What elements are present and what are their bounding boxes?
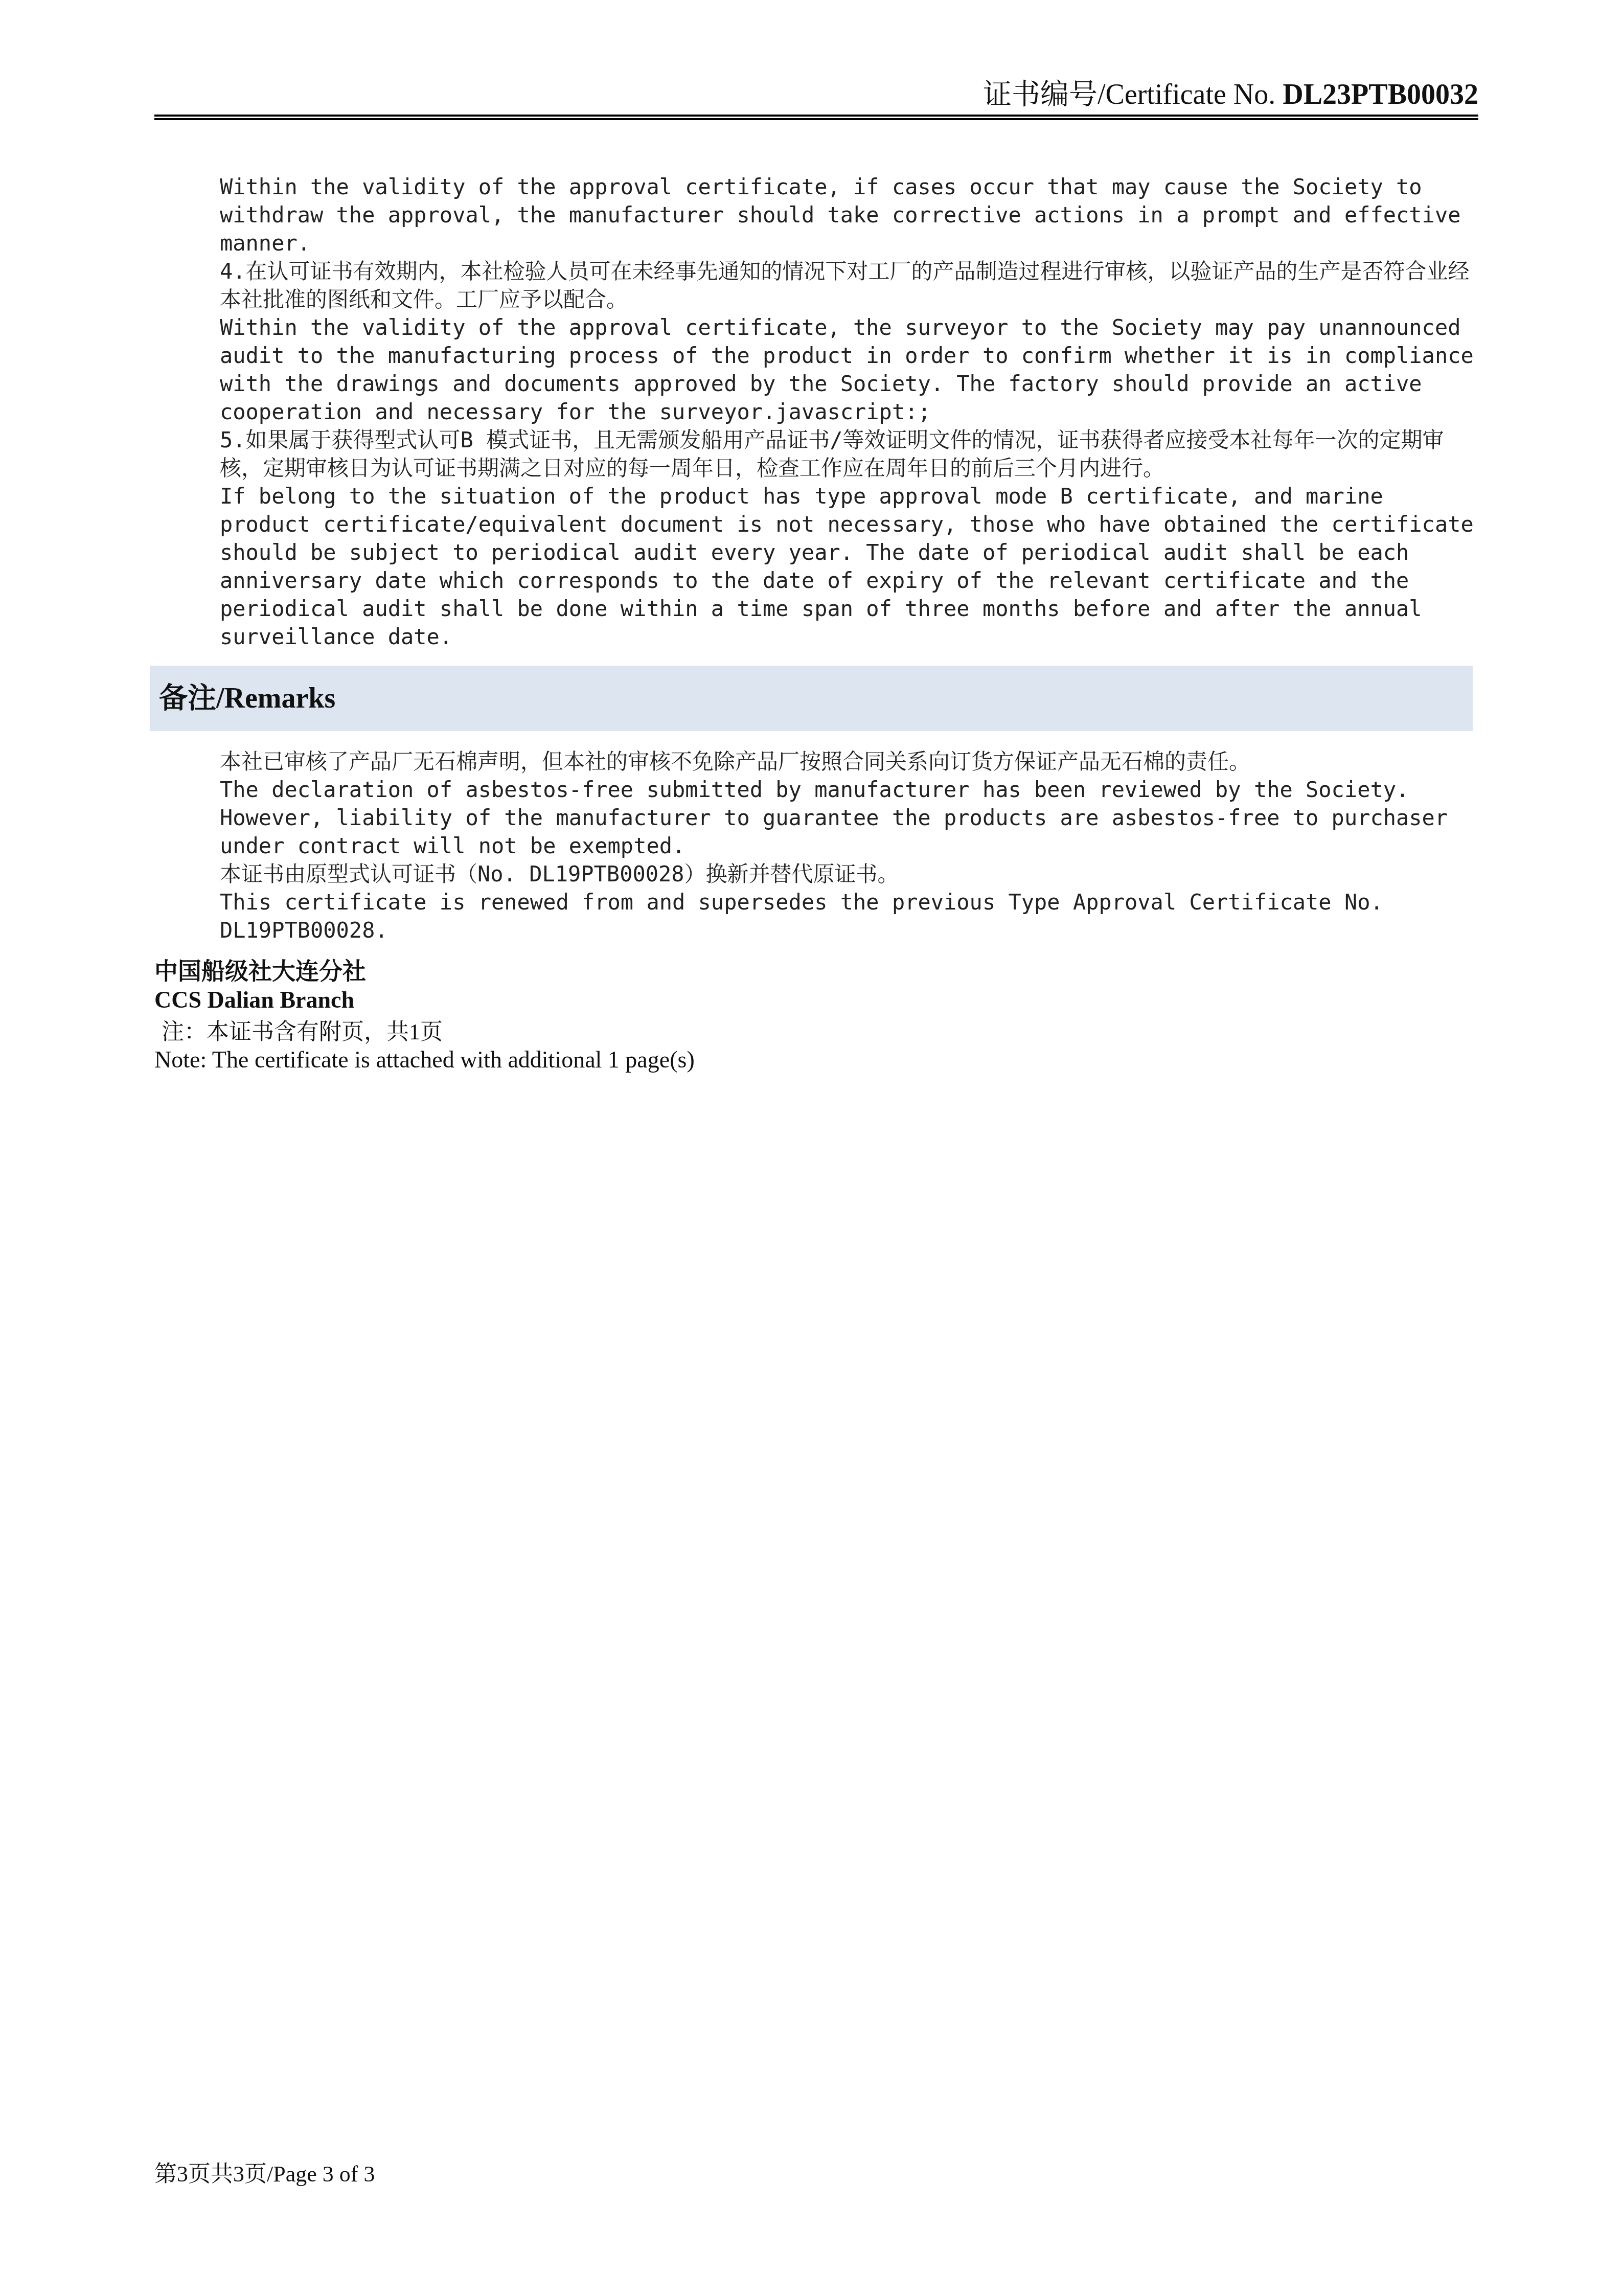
remarks-title: 备注/Remarks <box>159 682 335 715</box>
attachment-note-cn: 注：本证书含有附页，共1页 <box>154 1018 695 1046</box>
remarks-line: The declaration of asbestos-free submitt… <box>220 776 1477 860</box>
certificate-header: 证书编号/Certificate No. DL23PTB00032 <box>154 77 1478 112</box>
remarks-body: 本社已审核了产品厂无石棉声明，但本社的审核不免除产品厂按照合同关系向订货方保证产… <box>220 747 1477 944</box>
approval-clauses: Within the validity of the approval cert… <box>220 173 1477 651</box>
page-number: 第3页共3页/Page 3 of 3 <box>154 2161 375 2188</box>
issuer-signature-block: 中国船级社大连分社 CCS Dalian Branch 注：本证书含有附页，共1… <box>154 957 695 1074</box>
certificate-number-label: 证书编号/Certificate No. <box>983 79 1275 110</box>
header-rule-bottom <box>154 118 1478 120</box>
clause-paragraph: 4.在认可证书有效期内，本社检验人员可在未经事先通知的情况下对工厂的产品制造过程… <box>220 257 1477 313</box>
clause-paragraph: 5.如果属于获得型式认可B 模式证书，且无需颁发船用产品证书/等效证明文件的情况… <box>220 426 1477 482</box>
remarks-line: 本证书由原型式认可证书（No. DL19PTB00028）换新并替代原证书。 <box>220 860 1477 888</box>
header-rule-top <box>154 115 1478 117</box>
clause-paragraph: If belong to the situation of the produc… <box>220 482 1477 651</box>
clause-paragraph: Within the validity of the approval cert… <box>220 313 1477 426</box>
remarks-line: 本社已审核了产品厂无石棉声明，但本社的审核不免除产品厂按照合同关系向订货方保证产… <box>220 747 1477 776</box>
issuer-name-en: CCS Dalian Branch <box>154 986 695 1014</box>
clause-paragraph: Within the validity of the approval cert… <box>220 173 1477 257</box>
issuer-name-cn: 中国船级社大连分社 <box>154 957 695 986</box>
certificate-number: DL23PTB00032 <box>1283 79 1478 110</box>
attachment-note-en: Note: The certificate is attached with a… <box>154 1046 695 1074</box>
remarks-section-header: 备注/Remarks <box>150 666 1473 731</box>
remarks-line: This certificate is renewed from and sup… <box>220 888 1477 944</box>
